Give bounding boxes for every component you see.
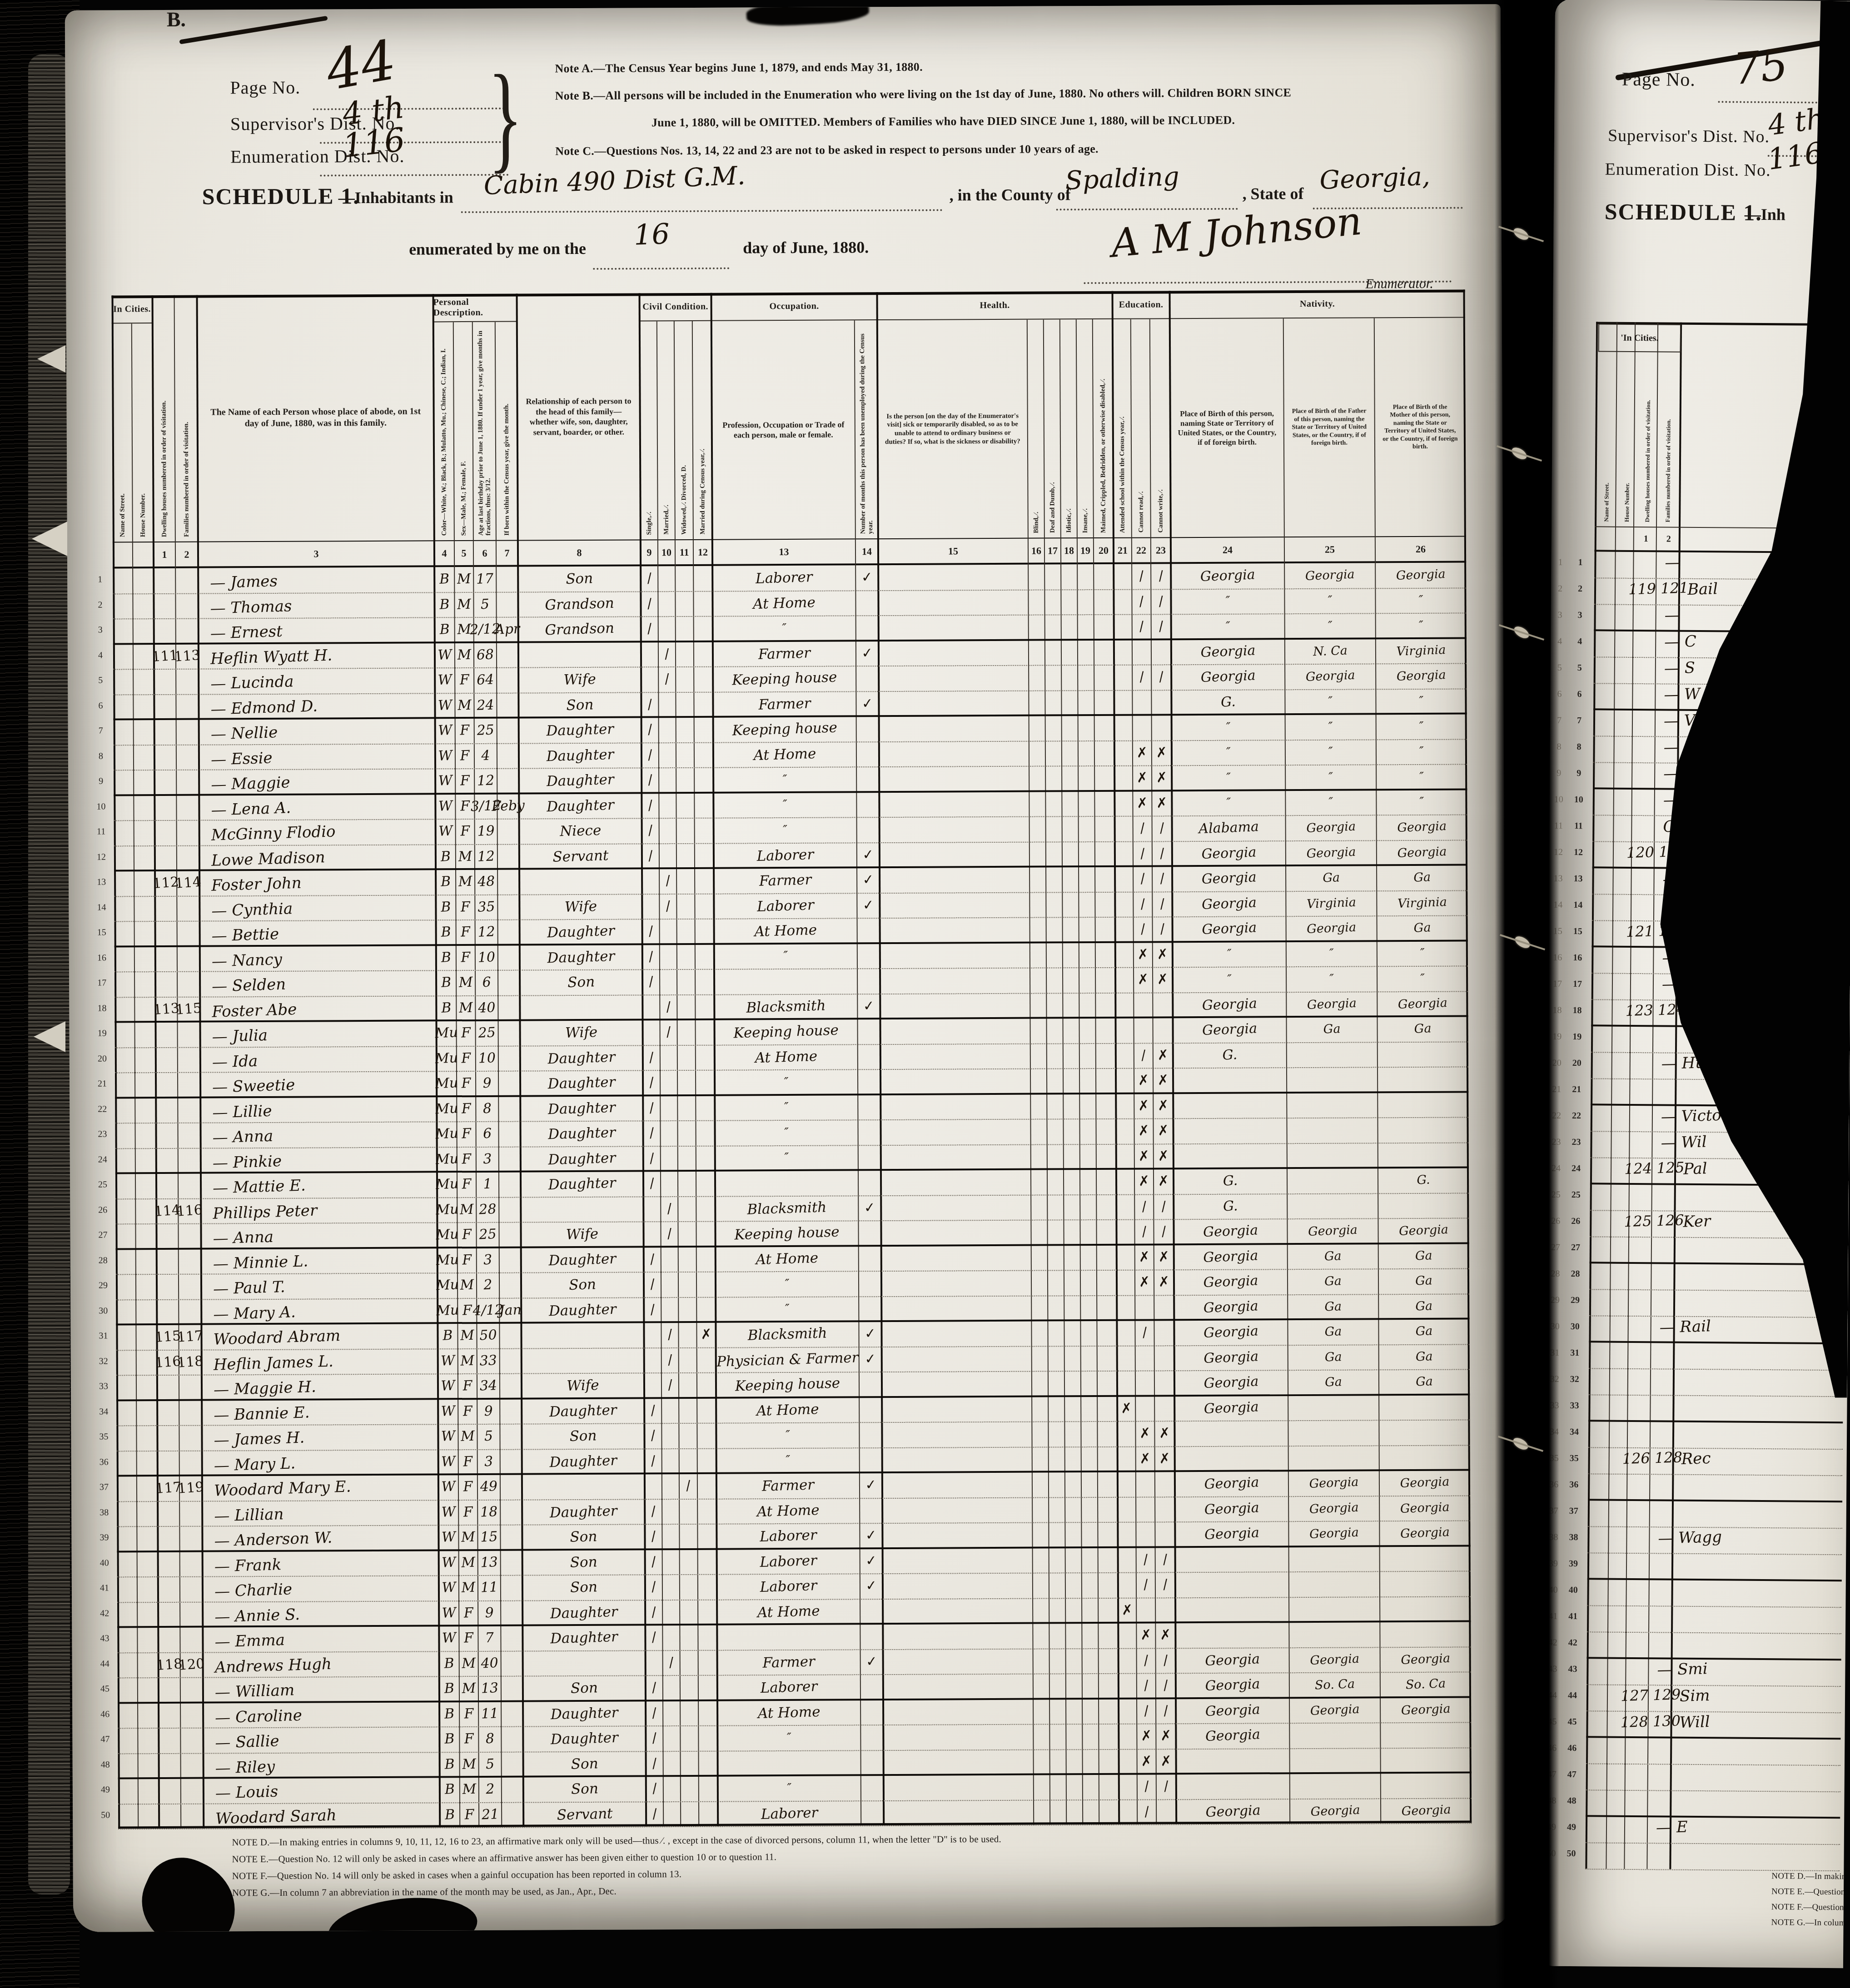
scanned-census-photo: { "left_page": { "corner_mark": "B.", "p… [0, 0, 1850, 1988]
table-cell-unemp: ✓ [857, 1194, 882, 1221]
table-cell-sex: F [456, 944, 476, 970]
table-cell-color: B [439, 1751, 460, 1777]
table-cell-age: 3 [476, 1146, 499, 1172]
table-cell-age: 18 [477, 1499, 501, 1525]
rp-enumeration-value: 116 [1765, 136, 1825, 177]
rp-row-number: 36 [1565, 1480, 1583, 1490]
column-header-blind: Blind, ∕. [1027, 320, 1044, 538]
row-number: 50 [96, 1810, 114, 1820]
table-cell-pom: Ga [1377, 914, 1468, 942]
note-c: Note C.—Questions Nos. 13, 14, 22 and 23… [555, 142, 1099, 158]
county-value: Spalding [1064, 162, 1180, 196]
table-cell-pof: Georgia [1289, 1645, 1381, 1674]
table-cell-pob: Georgia [1170, 561, 1285, 591]
table-cell-pom: Virginia [1376, 888, 1468, 917]
rp-row-number: 40 [1564, 1585, 1582, 1595]
column-header-school: Attended school within the Census year, … [1113, 319, 1132, 537]
table-cell-color: Mu [436, 1096, 457, 1122]
table-cell-unemp: ✓ [855, 564, 879, 591]
table-cell-pom: Georgia [1380, 1695, 1472, 1724]
rp-schedule-heading: SCHEDULE 1. [1605, 199, 1762, 226]
table-cell-pom: ″ [1375, 587, 1466, 613]
table-cell-rel: Daughter [522, 1446, 645, 1476]
rule [593, 268, 729, 270]
paper-tear [32, 522, 67, 556]
table-cell-read: ∕ [1135, 1546, 1156, 1573]
rp-name-fragment: — Wil [1661, 1133, 1707, 1152]
rp-row-number: 7 [1570, 716, 1588, 726]
table-cell-occ: ″ [714, 817, 857, 843]
row-number: 39 [95, 1532, 113, 1543]
table-cell-rel: Son [522, 1547, 646, 1576]
table-cell-sex: M [454, 591, 474, 617]
table-cell-pom: Ga [1378, 1267, 1470, 1295]
column-header-rel: Relationship of each person to the head … [517, 293, 641, 540]
table-cell-occ: At Home [717, 1698, 861, 1727]
rp-name-fragment: — S [1664, 659, 1695, 678]
table-cell-fam: 113 [175, 642, 199, 669]
county-label: , in the County of [949, 185, 1070, 204]
table-cell-sex: M [455, 869, 475, 895]
rp-row-number: 42 [1564, 1638, 1582, 1648]
rp-column-header-label: Families numbered in order of visitation… [1665, 419, 1672, 522]
rp-row-number: 12 [1569, 847, 1587, 858]
table-cell-sex: F [454, 667, 474, 693]
table-cell-dw: 116 [156, 1349, 180, 1376]
table-cell-occ: ″ [714, 943, 857, 969]
table-cell-rel: Son [523, 1749, 647, 1778]
table-cell-color: Mu [436, 1045, 457, 1071]
inhabitants-table: In Cities.Personal Description.Civil Con… [112, 289, 1472, 1829]
table-cell-sex: F [455, 717, 475, 743]
table-cell-color: B [434, 591, 455, 617]
table-cell-pom: ″ [1376, 612, 1467, 638]
table-cell-occ: ″ [713, 792, 856, 818]
table-cell-pom: Georgia [1377, 989, 1468, 1018]
table-cell-color: B [436, 944, 457, 970]
table-cell-age: 64 [473, 667, 497, 693]
table-cell-read: ✗ [1135, 1446, 1156, 1472]
table-cell-pob: G. [1173, 1040, 1287, 1069]
table-cell-pob: Georgia [1171, 636, 1285, 666]
table-cell-sex: F [456, 1020, 476, 1046]
rp-name-fragment: — E [1656, 1818, 1688, 1837]
table-cell-occ: Blacksmith [716, 1319, 860, 1349]
rule [461, 209, 943, 213]
table-cell-pom: Ga [1378, 1241, 1470, 1270]
rp-name-fragment: — [1664, 606, 1680, 625]
table-cell-color: B [434, 566, 455, 592]
column-group-header: Personal Description. [433, 294, 517, 323]
table-cell-color: B [436, 919, 457, 945]
table-cell-sex: M [457, 1272, 477, 1298]
table-cell-pof: Ga [1288, 1342, 1379, 1371]
rp-row-number: 1 [1571, 557, 1589, 568]
table-cell-write: ✗ [1155, 1723, 1177, 1749]
table-cell-sex: M [459, 1675, 479, 1701]
table-cell-rel: Son [519, 968, 643, 997]
table-cell-pob: ″ [1172, 714, 1285, 740]
enumeration-value: 116 [341, 120, 407, 165]
rp-column-header-stub: Families numbered in order of visitation… [1658, 358, 1679, 522]
table-cell-read: ✗ [1132, 765, 1153, 791]
rp-column-header-label: Name of Street. [1603, 482, 1610, 522]
table-cell-color: Mu [437, 1146, 458, 1172]
table-cell-single: ∕ [643, 1422, 662, 1449]
table-cell-unemp: ✓ [855, 690, 880, 717]
table-cell-pom: ″ [1376, 688, 1467, 714]
table-cell-read: ∕ [1136, 1672, 1157, 1699]
table-cell-rel: Son [523, 1774, 647, 1804]
rp-row-number: 23 [1567, 1137, 1585, 1148]
table-cell-color: Mu [437, 1171, 458, 1197]
table-cell-pob: Georgia [1175, 1695, 1290, 1725]
column-header-label: Cannot write, ∕. [1157, 489, 1164, 532]
table-cell-dw: 113 [154, 996, 178, 1023]
table-cell-school: ✗ [1116, 1395, 1136, 1421]
table-cell-occ: ″ [716, 1296, 859, 1322]
table-cell-rel: Wife [521, 1220, 644, 1249]
column-header-dw: Dwelling houses numbered in order of vis… [153, 295, 175, 542]
column-header-occ: Profession, Occupation or Trade of each … [711, 320, 855, 539]
rp-row-divider [1585, 1869, 1840, 1871]
table-cell-single: ∕ [640, 590, 659, 616]
table-cell-unemp: ✓ [859, 1522, 883, 1549]
rp-row-number: 33 [1565, 1401, 1583, 1411]
table-cell-single: ∕ [642, 1145, 661, 1171]
table-cell-age: 25 [474, 717, 497, 743]
table-cell-color: B [439, 1726, 460, 1752]
table-cell-occ: Farmer [713, 865, 857, 895]
table-cell-pof: ″ [1286, 966, 1377, 991]
table-cell-rel: Daughter [520, 1069, 643, 1098]
column-number: 21 [1114, 537, 1132, 564]
table-cell-fam: 114 [176, 870, 200, 896]
table-cell-pof: Ga [1287, 1242, 1379, 1270]
table-cell-read: ∕ [1136, 1799, 1157, 1825]
table-cell-pof: Virginia [1285, 889, 1377, 917]
rp-row-number: 6 [1570, 689, 1588, 700]
table-cell-married: ∕ [661, 1372, 680, 1398]
table-cell-pob: G. [1173, 1166, 1288, 1196]
rp-column-rule [1624, 322, 1636, 1869]
paper-tear [37, 345, 65, 373]
rp-row-number: 22 [1567, 1111, 1586, 1121]
row-number: 36 [95, 1457, 113, 1467]
column-number: 2 [175, 542, 198, 568]
column-group-header: Education. [1113, 291, 1170, 319]
table-cell-rel: Niece [519, 816, 642, 845]
table-cell-single: ∕ [645, 1800, 664, 1827]
column-number: 26 [1375, 536, 1466, 562]
table-cell-rel: Daughter [520, 1093, 644, 1123]
rp-row-number: 8 [1570, 742, 1588, 752]
footer-note: NOTE G.—In column 7 an abbreviation in t… [232, 1882, 1468, 1899]
row-number: 42 [95, 1608, 114, 1619]
table-cell-sex: M [454, 692, 474, 718]
table-cell-single: ∕ [643, 1397, 662, 1423]
table-cell-sex: F [456, 1070, 476, 1096]
table-cell-pof: ″ [1284, 588, 1375, 613]
column-header-label: House Number. [139, 493, 147, 537]
rp-name-fragment: Pal [1683, 1159, 1708, 1178]
table-cell-pom: Georgia [1376, 838, 1468, 866]
table-cell-pom: So. Ca [1380, 1670, 1472, 1699]
table-cell-color: B [434, 616, 455, 642]
table-cell-rel: Daughter [520, 1169, 644, 1198]
table-cell-read: ∕ [1131, 613, 1152, 640]
rp-footer-note: NOTE E.—Question No. 12 w [1771, 1887, 1850, 1898]
rp-row-number: 5 [1571, 663, 1589, 673]
table-cell-rel: Son [522, 1573, 646, 1602]
table-cell-pof: Ga [1286, 1015, 1378, 1044]
table-cell-pob: Georgia [1171, 662, 1285, 691]
table-cell-occ: Laborer [714, 891, 858, 920]
table-cell-age: 3 [476, 1247, 500, 1272]
table-cell-month: Feby [497, 793, 519, 819]
table-cell-pob: ″ [1172, 790, 1285, 816]
table-cell-unemp: ✓ [858, 1346, 883, 1372]
row-number: 8 [92, 751, 110, 761]
rp-row-number: 26 [1567, 1216, 1585, 1227]
column-header-label: Insane, ∕. [1081, 508, 1089, 533]
rp-row-number: 16 [1568, 953, 1586, 963]
table-cell-pob: G. [1173, 1191, 1288, 1221]
table-cell-color: W [435, 768, 456, 794]
table-cell-age: 6 [476, 1121, 499, 1147]
table-cell-age: 25 [476, 1222, 499, 1247]
table-cell-single: ∕ [645, 1725, 664, 1751]
table-cell-pom: Ga [1378, 1317, 1470, 1346]
table-cell-married: ∕ [659, 994, 678, 1020]
column-header-label: Color—White, W.; Black, B.; Mulatto, Mu.… [440, 348, 448, 536]
column-number: 7 [496, 540, 518, 567]
row-number: 28 [94, 1255, 112, 1266]
column-number: 14 [855, 538, 878, 565]
table-cell-single: ∕ [643, 1246, 662, 1272]
table-cell-pof: Georgia [1285, 813, 1377, 842]
table-cell-single: ∕ [645, 1675, 664, 1701]
table-cell-occ: Keeping house [713, 714, 857, 744]
table-cell-read: ∕ [1132, 840, 1153, 867]
table-cell-single: ∕ [644, 1624, 663, 1650]
rp-row-number: 19 [1568, 1032, 1586, 1042]
table-cell-color: Mu [437, 1121, 458, 1147]
table-cell-pob: Georgia [1176, 1796, 1290, 1826]
table-cell-single: ∕ [643, 1271, 662, 1297]
column-group-header: In Cities. [112, 295, 153, 323]
table-cell-read: ✗ [1136, 1723, 1157, 1749]
table-cell-pob: Georgia [1172, 889, 1286, 918]
table-cell-pob: Georgia [1174, 1342, 1288, 1372]
table-cell-pob: Georgia [1174, 1519, 1289, 1549]
table-cell-occ: At Home [712, 588, 856, 618]
table-cell-color: W [435, 793, 456, 819]
rp-row-number: 47 [1563, 1769, 1581, 1780]
table-cell-read: ✗ [1134, 1420, 1155, 1446]
table-cell-color: B [436, 969, 457, 995]
table-cell-married: ∕ [660, 1195, 679, 1222]
column-header-idiotic: Idiotic, ∕. [1060, 319, 1077, 537]
table-cell-color: W [438, 1575, 459, 1600]
table-cell-read: ∕ [1131, 588, 1152, 615]
column-header-read: Cannot read, ∕. [1131, 319, 1151, 537]
table-cell-sex: F [458, 1373, 477, 1399]
rp-dwelling-family-numbers: 119 121 [1628, 579, 1689, 598]
row-number: 6 [91, 701, 109, 711]
table-cell-sex: M [458, 1575, 478, 1600]
table-cell-single: ∕ [640, 691, 659, 717]
table-cell-read: ✗ [1134, 1118, 1154, 1144]
table-cell-age: 11 [478, 1700, 502, 1726]
table-cell-single: ∕ [642, 969, 661, 995]
table-cell-write: ∕ [1150, 588, 1172, 615]
table-cell-sex: F [458, 1625, 478, 1651]
column-header-age: Age at last birthday prior to June 1, 18… [472, 322, 496, 540]
row-number: 21 [93, 1078, 111, 1089]
table-cell-rel: Daughter [520, 1144, 644, 1173]
column-number: 1 [154, 542, 175, 568]
table-cell-rel: Wife [521, 1371, 645, 1400]
table-cell-rel: Daughter [518, 716, 642, 745]
table-cell-age: 24 [473, 692, 497, 718]
rp-row-number: 48 [1562, 1796, 1581, 1806]
row-number: 23 [94, 1129, 112, 1139]
table-cell-pom: Ga [1378, 1367, 1470, 1396]
table-cell-color: Mu [437, 1222, 458, 1247]
column-header-single: Single, ∕. [640, 321, 658, 539]
table-cell-read: ✗ [1132, 790, 1153, 816]
rp-row-number: 14 [1569, 900, 1587, 910]
rp-row-number: 24 [1567, 1163, 1585, 1174]
row-number: 16 [93, 953, 111, 963]
table-cell-color: B [439, 1701, 460, 1727]
rp-column-header-stub: Name of Street. [1597, 358, 1617, 522]
table-cell-write: ✗ [1154, 1445, 1176, 1472]
table-cell-pob: Georgia [1172, 838, 1286, 868]
table-cell-month: Jan [499, 1297, 522, 1323]
rp-name-fragment: — [1665, 553, 1681, 572]
table-cell-pof: N. Ca [1284, 636, 1376, 665]
row-number: 40 [95, 1558, 114, 1568]
table-cell-pof: Georgia [1288, 1469, 1380, 1497]
table-cell-color: W [438, 1423, 458, 1449]
row-number: 37 [95, 1482, 113, 1492]
table-cell-rel: Daughter [520, 1119, 644, 1148]
table-cell-color: W [435, 818, 456, 844]
enumerated-day: 16 [633, 217, 671, 252]
row-number: 24 [94, 1154, 112, 1165]
row-number: 44 [96, 1659, 114, 1669]
rp-column-rule [1606, 322, 1617, 1869]
table-cell-sex: F [455, 743, 475, 769]
table-cell-rel: Daughter [519, 942, 643, 971]
table-cell-pob: Georgia [1172, 864, 1286, 893]
rp-row-number: 37 [1565, 1506, 1583, 1516]
table-cell-color: W [438, 1625, 459, 1651]
table-cell-pof: Ga [1288, 1368, 1379, 1397]
column-number: 8 [518, 539, 641, 566]
table-cell-pob: Georgia [1174, 1267, 1288, 1297]
row-number: 13 [92, 877, 110, 887]
rp-row-number: 41 [1564, 1611, 1582, 1622]
table-cell-pom: Virginia [1375, 636, 1467, 665]
table-cell-read: ∕ [1132, 891, 1153, 917]
table-cell-read: ✗ [1134, 1168, 1154, 1194]
table-cell-pom: G. [1378, 1166, 1469, 1194]
table-cell-age: 8 [478, 1726, 502, 1752]
table-cell-married: ∕ [657, 641, 676, 667]
rp-row-number: 2 [1571, 584, 1589, 594]
table-cell-color: W [438, 1348, 458, 1374]
table-cell-age: 12 [475, 919, 498, 945]
table-cell-occ: ″ [716, 1422, 859, 1448]
table-cell-age: 15 [477, 1524, 501, 1550]
column-number: 15 [878, 538, 1028, 565]
table-cell-rel: Wife [518, 665, 642, 694]
column-header-label: Name of Street. [119, 493, 126, 537]
rp-footer-note: NOTE F.—Question No. 14 w [1771, 1902, 1850, 1913]
table-cell-read: ✗ [1134, 1269, 1155, 1295]
table-cell-age: 12 [474, 843, 498, 869]
table-cell-rel: Daughter [522, 1623, 646, 1652]
row-number: 27 [94, 1230, 112, 1240]
table-cell-age: 34 [477, 1373, 500, 1399]
rp-footer-note: NOTE D.—In making entrie [1771, 1871, 1850, 1882]
table-cell-pom: Georgia [1375, 561, 1467, 589]
row-number: 41 [95, 1583, 114, 1593]
table-cell-sex: F [457, 1247, 477, 1273]
rp-in-cities-box: 'In Cities. [1598, 323, 1681, 352]
table-cell-age: 4/12 [476, 1297, 500, 1323]
table-cell-color: Mu [437, 1247, 458, 1273]
row-number: 43 [95, 1633, 114, 1644]
enumerated-rest: day of June, 1880. [743, 238, 869, 257]
table-cell-month: Apr [496, 616, 519, 642]
table-cell-color: B [436, 995, 457, 1021]
table-cell-unemp: ✓ [860, 1648, 884, 1675]
table-cell-occ: Laborer [717, 1799, 861, 1828]
table-cell-pom: Ga [1378, 1342, 1470, 1371]
row-number: 32 [94, 1356, 113, 1367]
table-cell-fam: 116 [177, 1197, 202, 1224]
rp-column-rule [1646, 322, 1658, 1869]
table-cell-pof: Georgia [1288, 1519, 1380, 1548]
table-cell-write: ∕ [1150, 613, 1172, 640]
table-cell-rel: Daughter [522, 1497, 645, 1526]
table-cell-write: ∕ [1155, 1773, 1177, 1800]
table-cell-single: ∕ [642, 918, 661, 944]
table-cell-color: W [438, 1499, 459, 1525]
rp-dwelling-family-numbers: 123 124 [1625, 1000, 1686, 1019]
rp-name-fragment: Rec [1681, 1449, 1711, 1468]
table-cell-occ: ″ [715, 1119, 858, 1145]
table-cell-age: 13 [478, 1675, 502, 1701]
table-cell-occ: At Home [715, 1244, 859, 1273]
table-cell-married: ∕ [658, 893, 677, 919]
column-number: 11 [675, 539, 693, 566]
rp-row-number: 15 [1569, 926, 1587, 937]
column-header-married: Married, ∕. [657, 321, 675, 539]
row-number: 2 [91, 600, 109, 610]
table-cell-age: 2 [476, 1272, 500, 1298]
table-cell-pob: Georgia [1175, 1721, 1290, 1750]
table-cell-pof: ″ [1285, 790, 1376, 815]
table-cell-sex: M [456, 969, 476, 995]
table-cell-occ: ″ [713, 766, 856, 792]
table-cell-pob: Georgia [1174, 1317, 1288, 1347]
column-number: 25 [1284, 536, 1375, 563]
